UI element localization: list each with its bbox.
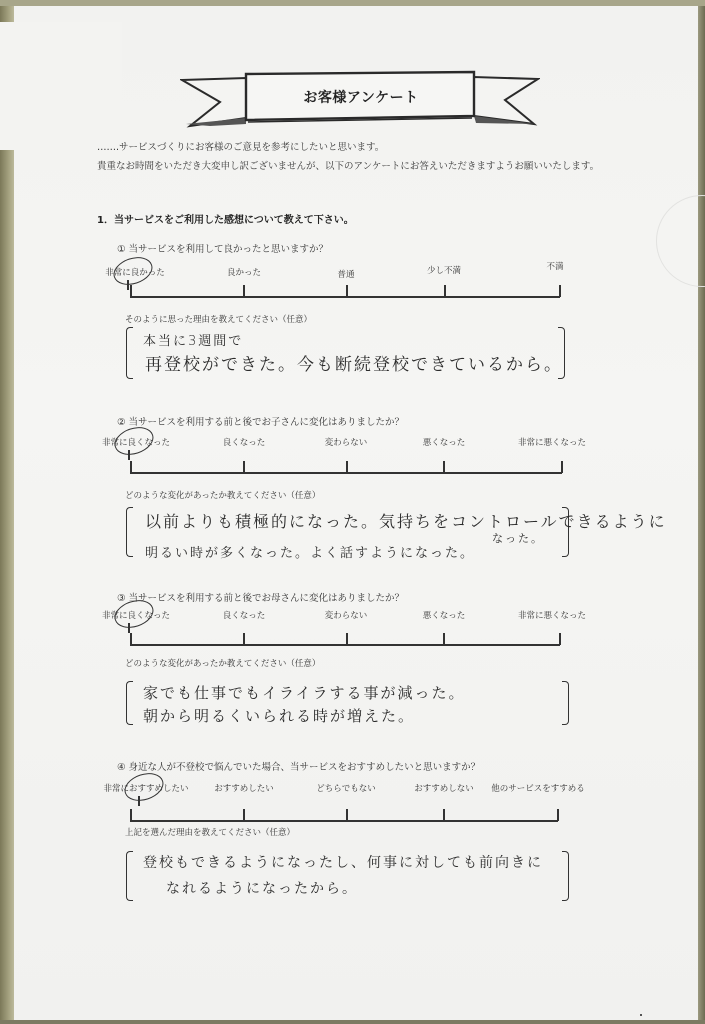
handwritten-answer-line[interactable]: 明るい時が多くなった。よく話すようになった。: [145, 542, 475, 561]
rating-scale-tick[interactable]: [346, 633, 348, 645]
rating-scale-tick[interactable]: [243, 285, 245, 297]
question-text-1: ① 当サービスを利用して良かったと思いますか？: [117, 241, 328, 255]
answer-box-bracket-right: [562, 851, 569, 901]
scale-option-4-2[interactable]: おすすめしたい: [214, 782, 274, 794]
question-text-3: ③ 当サービスを利用する前と後でお母さんに変化はありましたか？: [117, 590, 404, 604]
circle-stroke-tail: [128, 450, 130, 460]
free-answer-prompt-1: そのように思った理由を教えてください（任意）: [125, 313, 312, 325]
free-answer-prompt-2: どのような変化があったか教えてください（任意）: [125, 489, 320, 501]
intro-text-2: 貴重なお時間をいただき大変申し訳ございませんが、以下のアンケートにお答えいただき…: [97, 158, 599, 172]
scale-option-4-5[interactable]: 他のサービスをすすめる: [491, 782, 585, 794]
rating-scale-tick[interactable]: [346, 461, 348, 473]
rating-scale-tick[interactable]: [559, 633, 561, 645]
circle-stroke-tail: [128, 623, 130, 633]
rating-scale-tick[interactable]: [346, 285, 348, 297]
handwritten-answer-line[interactable]: 本当に3週間で: [143, 330, 243, 349]
free-answer-prompt-3: どのような変化があったか教えてください（任意）: [125, 657, 320, 669]
scale-option-4-3[interactable]: どちらでもない: [316, 782, 375, 794]
page-title: お客様アンケート: [246, 87, 476, 107]
answer-box-bracket-left: [126, 851, 133, 901]
circle-stroke-tail: [138, 796, 140, 806]
rating-scale-tick[interactable]: [130, 809, 132, 821]
section-title: 1．当サービスをご利用した感想について教えて下さい。: [97, 211, 354, 226]
rating-scale-tick[interactable]: [243, 461, 245, 473]
scale-option-3-3[interactable]: 変わらない: [325, 609, 368, 621]
rating-scale-line-4: [130, 820, 558, 822]
rating-scale-tick[interactable]: [443, 809, 445, 821]
scale-option-3-5[interactable]: 非常に悪くなった: [518, 609, 586, 621]
title-ribbon: お客様アンケート: [180, 68, 540, 130]
handwritten-answer-line[interactable]: 家でも仕事でもイライラする事が減った。: [143, 682, 466, 703]
rating-scale-tick[interactable]: [443, 461, 445, 473]
rating-scale-tick[interactable]: [243, 633, 245, 645]
rating-scale-tick[interactable]: [443, 633, 445, 645]
rating-scale-tick[interactable]: [557, 809, 559, 821]
photo-border-right: [698, 0, 705, 1024]
photo-border-top: [0, 0, 705, 6]
rating-scale-tick[interactable]: [559, 285, 561, 297]
answer-box-bracket-left: [126, 681, 133, 725]
rating-scale-tick[interactable]: [243, 809, 245, 821]
answer-box-bracket-left: [126, 507, 133, 557]
handwritten-answer-line[interactable]: なれるようになったから。: [166, 878, 358, 898]
scale-option-1-2[interactable]: 良かった: [227, 266, 261, 278]
rating-scale-tick[interactable]: [130, 461, 132, 473]
scale-option-3-2[interactable]: 良くなった: [223, 609, 266, 621]
handwritten-answer-line[interactable]: 以前よりも積極的になった。気持ちをコントロールできるように: [145, 509, 667, 532]
scale-option-1-3[interactable]: 普通: [337, 268, 354, 280]
redaction-block: [0, 22, 122, 150]
scale-option-1-4[interactable]: 少し不満: [427, 264, 461, 276]
rating-scale-tick[interactable]: [130, 285, 132, 297]
handwritten-answer-line[interactable]: 登校もできるようになったし、何事に対しても前向きに: [143, 852, 543, 872]
scale-option-1-5[interactable]: 不満: [546, 260, 563, 272]
page-speck: [640, 1014, 642, 1016]
rating-scale-line-1: [130, 296, 560, 298]
answer-box-bracket-left: [126, 327, 133, 379]
handwritten-answer-line[interactable]: 再登校ができた。今も断続登校できているから。: [145, 350, 563, 375]
photo-border-bottom: [0, 1020, 705, 1024]
rating-scale-tick[interactable]: [444, 285, 446, 297]
scale-option-3-4[interactable]: 悪くなった: [423, 609, 466, 621]
rating-scale-tick[interactable]: [130, 633, 132, 645]
rating-scale-line-3: [130, 644, 560, 646]
free-answer-prompt-4: 上記を選んだ理由を教えてください（任意）: [125, 826, 295, 838]
intro-text-1: …….サービスづくりにお客様のご意見を参考にしたいと思います。: [97, 139, 384, 153]
scale-option-4-4[interactable]: おすすめしない: [414, 782, 474, 794]
scale-option-2-4[interactable]: 悪くなった: [423, 436, 466, 448]
handwritten-answer-line[interactable]: なった。: [492, 530, 544, 546]
scale-option-2-5[interactable]: 非常に悪くなった: [518, 436, 586, 448]
scale-option-2-3[interactable]: 変わらない: [325, 436, 368, 448]
answer-box-bracket-right: [562, 681, 569, 725]
rating-scale-tick[interactable]: [346, 809, 348, 821]
scale-option-2-2[interactable]: 良くなった: [223, 436, 266, 448]
circle-stroke-tail: [127, 280, 129, 290]
question-text-2: ② 当サービスを利用する前と後でお子さんに変化はありましたか？: [117, 414, 404, 428]
handwritten-answer-line[interactable]: 朝から明るくいられる時が増えた。: [143, 705, 415, 726]
question-text-4: ④ 身近な人が不登校で悩んでいた場合、当サービスをおすすめしたいと思いますか？: [117, 759, 480, 773]
rating-scale-tick[interactable]: [561, 461, 563, 473]
